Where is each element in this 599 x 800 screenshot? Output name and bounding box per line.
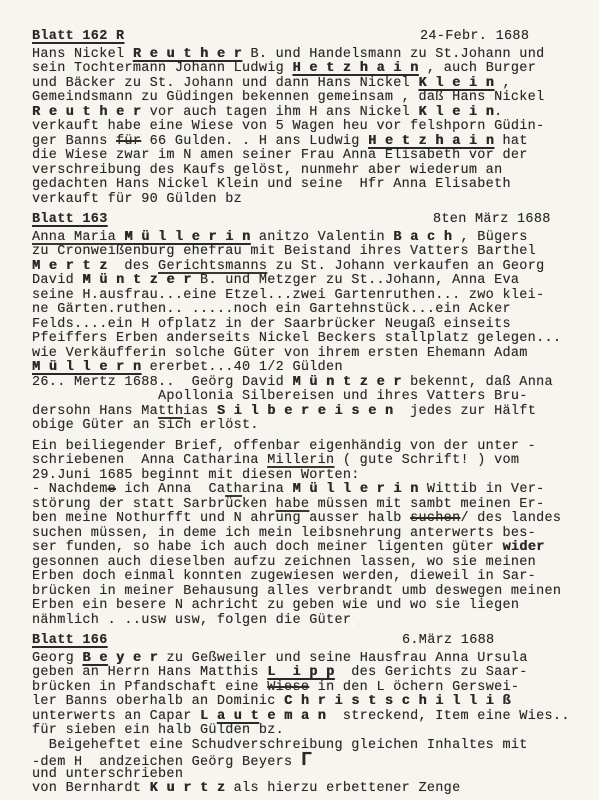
text-segment: brücken in Pfandschaft eine [32,680,267,695]
text-line: Felds....ein H ofplatz in der Saarbrücke… [32,318,565,333]
text-line: und Bäcker zu St. Johann und dann Hans N… [32,77,565,92]
text-line: ler Banns oberhalb an Dominic C h r i s … [32,695,565,710]
text-segment: suchen [410,511,460,526]
text-line: für sieben ein halb Gülden bz. [32,724,565,739]
text-line: Hans Nickel R e u t h e r B. und Handels… [32,48,565,63]
text-line: zu Cronweißenburg ehefrau mit Beistand i… [32,245,565,260]
text-segment: L [200,709,217,724]
text-segment: ererbet...40 1/2 Gülden [141,360,343,375]
text-segment: hat [494,134,528,149]
blatt-heading-date: 24-Febr. 1688 [420,30,529,45]
text-segment: brücken in meiner Behausung alles verbra… [32,584,561,599]
text-segment: K l e i n [418,76,494,91]
section-entry-166: Georg B e y e r zu Geßweiler und seine H… [32,652,565,797]
text-segment: von Bernhardt [32,781,150,796]
text-segment: ler Banns oberhalb an Dominic [32,694,284,709]
section-blatt-162r-heading: Blatt 162 R24-Febr. 1688 [32,30,565,45]
text-segment: Ein beiliegender Brief, offenbar eigenhä… [32,439,536,454]
text-line: sein Tochtermann Johann Ludwig H e t z h… [32,62,565,77]
text-segment: 66 Gulden. . H ans Ludwig [141,134,368,149]
text-segment: 29.Juni 1685 beginnt mit diesen Worten: [32,468,360,483]
text-line: obige Güter an sich erlöst. [32,419,565,434]
text-segment: H e t z h a i n [368,134,494,149]
text-segment: ias [183,404,217,419]
text-segment: 26.. Mertz 1688.. Geörg David [32,375,292,390]
text-segment: verkauft für 90 Gülden bz [32,192,242,207]
text-segment: y e r [108,651,158,666]
text-line: David M ü n t z e r B. und Metzger zu St… [32,274,565,289]
text-segment: müssen mit sambt meinen Er- [309,497,544,512]
blatt-heading-title: Blatt 166 [32,633,108,648]
text-segment: M ü n t z e r [292,375,401,390]
text-segment: ben meine Nothurfft und N ahrung ausser … [32,511,410,526]
text-segment: - Nachdem [32,482,108,497]
text-line: ger Banns für 66 Gulden. . H ans Ludwig … [32,135,565,150]
text-line: - Nachdeme ich Anna Catharina M ü l l e … [32,483,565,498]
text-segment: ser funden, so habe ich auch doch meiner… [32,540,502,555]
text-segment: / des landes [460,511,561,526]
text-line: -dem H andzeichen Geörg Beyers Γ [32,753,565,768]
text-line: Erben ein besere N achricht zu geben wie… [32,599,565,614]
text-line: schriebenen Anna Catharina Millerin ( gu… [32,454,565,469]
text-segment: K u r t z [150,781,226,796]
text-segment: M ü l l e r n [32,360,141,375]
section-letter-1685: Ein beiliegender Brief, offenbar eigenhä… [32,440,565,629]
text-segment: ich Anna Ca [116,482,225,497]
text-segment: als hierzu erbettener Zenge [225,781,460,796]
document-page: Blatt 162 R24-Febr. 1688Hans Nickel R e … [0,0,599,800]
text-segment: Hans Nickel [32,47,133,62]
text-segment: unterwerts an Capar [32,709,200,724]
text-segment: anitzo Valentin [250,230,393,245]
text-segment: schriebenen Anna Catharina [32,453,267,468]
text-segment: Millerin [267,453,334,468]
text-line: gesonnen auch dieselben aufzu zeichnen l… [32,556,565,571]
text-segment: , [494,76,511,91]
text-segment: suchen müssen, in deme ich mein leibsneh… [32,526,536,541]
blatt-heading-date: 8ten März 1688 [433,213,551,228]
text-segment: K l e i n [418,105,494,120]
text-line: 29.Juni 1685 beginnt mit diesen Worten: [32,469,565,484]
text-line: nähmlich . ..usw usw, folgen die Güter [32,614,565,629]
section-entry-163: Anna Maria M ü l l e r i n anitzo Valent… [32,231,565,434]
text-line: Erben doch einmal konnten zugewiesen wer… [32,570,565,585]
text-segment: M e r t z [32,259,108,274]
text-line: verkauft für 90 Gülden bz [32,193,565,208]
text-segment: gedachten Hans Nickel Klein und seine Hf… [32,177,511,192]
text-segment: tth [158,404,183,419]
text-segment: Gerichtsmanns [158,259,267,274]
text-segment: a u t [217,709,259,724]
text-segment: und Bäcker zu St. Johann und dann Hans N… [32,76,418,91]
blatt-heading-title: Blatt 163 [32,212,108,227]
text-line: ne Gärten.ruthen.. .....noch ein Gartehn… [32,303,565,318]
text-segment: zu Geßweiler und seine Hausfrau Anna Urs… [158,651,528,666]
text-segment: M ü l l e r i n [292,482,418,497]
text-segment: seine H.ausfrau...eine Etzel...zwei Gart… [32,288,544,303]
text-segment: e m a n [259,709,326,724]
text-segment: . [494,105,502,120]
text-segment: B a c h [393,230,452,245]
text-line: brücken in Pfandschaft eine Wiese in den… [32,681,565,696]
text-line: Gemeindsmann zu Güdingen bekennen gemein… [32,91,565,106]
text-line: gedachten Hans Nickel Klein und seine Hf… [32,178,565,193]
section-entry-162r: Hans Nickel R e u t h e r B. und Handels… [32,48,565,208]
text-segment: in den L öchern Gerswei- [309,680,519,695]
text-line: Apollonia Silbereisen und ihres Vatters … [32,390,565,405]
text-line: Pfeiffers Erben anderseits Nickel Becker… [32,332,565,347]
text-line: von Bernhardt K u r t z als hierzu erbet… [32,782,565,797]
text-line: M e r t z des Gerichtsmanns zu St. Johan… [32,260,565,275]
text-segment: für [116,134,141,149]
text-segment: Gemeindsmann zu Güdingen bekennen gemein… [32,90,544,105]
text-segment: jedes zur Hälft [393,404,536,419]
text-segment: B. und Metzger zu St..Johann, Anna Eva [192,273,520,288]
text-segment: ger Banns [32,134,116,149]
text-line: unterwerts an Capar L a u t e m a n stre… [32,710,565,725]
text-segment: streckend, Item eine Wies.. [326,709,570,724]
text-segment: die Wiese zwar im N amen seiner Frau Ann… [32,148,528,163]
text-line: verkauft habe eine Wiese von 5 Wagen heu… [32,120,565,135]
text-segment: Pfeiffers Erben anderseits Nickel Becker… [32,331,561,346]
text-segment: nähmlich . ..usw usw, folgen die Güter [32,613,351,628]
text-segment: Erben ein besere N achricht zu geben wie… [32,598,519,613]
text-line: Anna Maria M ü l l e r i n anitzo Valent… [32,231,565,246]
text-segment: verkauft habe eine Wiese von 5 Wagen heu… [32,119,544,134]
text-segment: L i p p [267,665,334,680]
text-segment: arina [242,482,292,497]
text-segment: gesonnen auch dieselben aufzu zeichnen l… [32,555,536,570]
text-line: verschreibung des Kaufs gelöst, nunmehr … [32,164,565,179]
text-segment: zu Cronweißenburg ehefrau mit Beistand i… [32,244,536,259]
text-line: 26.. Mertz 1688.. Geörg David M ü n t z … [32,376,565,391]
text-segment: und unterschrieben [32,767,183,782]
text-segment: B. und Handelsmann zu St.Johann und [242,47,544,62]
text-line: M ü l l e r n ererbet...40 1/2 Gülden [32,361,565,376]
text-segment: ( gute Schrift! ) vom [334,453,519,468]
text-segment: wider [502,540,544,555]
text-segment: wie Verkäufferin solche Güter von ihrem … [32,346,528,361]
text-line: geben an Herrn Hans Matthis L i p p des … [32,666,565,681]
text-segment: Georg [32,651,82,666]
text-segment: des [108,259,158,274]
text-line: Ein beiliegender Brief, offenbar eigenhä… [32,440,565,455]
text-segment: ne Gärten.ruthen.. .....noch ein Gartehn… [32,302,511,317]
text-line: störung der statt Sarbrücken habe müssen… [32,498,565,513]
text-line: dersohn Hans Matthias S i l b e r e i s … [32,405,565,420]
text-segment: Anna Maria [32,230,124,245]
text-segment: geben an Herrn Hans Matthis [32,665,267,680]
text-segment: M ü l l e r i n [124,230,250,245]
text-line: seine H.ausfrau...eine Etzel...zwei Gart… [32,289,565,304]
text-segment: Felds....ein H ofplatz in der Saarbrücke… [32,317,511,332]
text-segment: verschreibung des Kaufs gelöst, nunmehr … [32,163,502,178]
text-segment: th [225,482,242,497]
text-segment: R e u t h e r [32,105,141,120]
text-segment: des Gerichts zu Saar- [334,665,527,680]
text-line: brücken in meiner Behausung alles verbra… [32,585,565,600]
blatt-heading-title: Blatt 162 R [32,29,124,44]
text-segment: David [32,273,82,288]
text-segment: e [108,482,116,497]
text-segment: Wittib in Ver- [419,482,545,497]
text-segment: Apollonia Silbereisen und ihres Vatters … [32,389,528,404]
text-line: die Wiese zwar im N amen seiner Frau Ann… [32,149,565,164]
text-line: ben meine Nothurfft und N ahrung ausser … [32,512,565,527]
text-line: R e u t h e r vor auch tagen ihm H ans N… [32,106,565,121]
text-segment: Beigeheftet eine Schudverschreibung glei… [32,738,528,753]
text-segment: M ü n t z e r [82,273,191,288]
text-segment: bekennt, daß Anna [402,375,553,390]
section-blatt-163-heading: Blatt 1638ten März 1688 [32,213,565,228]
text-segment: sein Tochtermann Johann Ludwig [32,61,292,76]
text-line: suchen müssen, in deme ich mein leibsneh… [32,527,565,542]
text-segment: störung der statt Sarbrücken [32,497,276,512]
text-segment: C h r i s t s c h i l l i ß [284,694,511,709]
text-segment: S i l b e r e i s e n [217,404,393,419]
text-line: wie Verkäufferin solche Güter von ihrem … [32,347,565,362]
bracket-mark: Γ [301,749,312,771]
text-line: Beigeheftet eine Schudverschreibung glei… [32,739,565,754]
text-segment: , Bügers [452,230,528,245]
text-segment: B e [82,651,107,666]
text-segment: zu St. Johann verkaufen an Georg [267,259,544,274]
text-segment: habe [276,497,310,512]
section-blatt-166-heading: Blatt 1666.März 1688 [32,634,565,649]
text-segment: dersohn Hans Ma [32,404,158,419]
blatt-heading-date: 6.März 1688 [402,634,494,649]
text-segment: R e u t h e r [133,47,242,62]
text-segment: , auch Burger [418,61,536,76]
text-segment: vor auch tagen ihm H ans Nickel [141,105,418,120]
text-segment: Erben doch einmal konnten zugewiesen wer… [32,569,536,584]
text-segment: H e t z h a i n [292,61,418,76]
text-line: ser funden, so habe ich auch doch meiner… [32,541,565,556]
text-segment: für sieben ein halb Gülden bz. [32,723,284,738]
text-segment: obige Güter an sich erlöst. [32,418,259,433]
text-line: Georg B e y e r zu Geßweiler und seine H… [32,652,565,667]
text-segment: Wiese [267,680,309,695]
